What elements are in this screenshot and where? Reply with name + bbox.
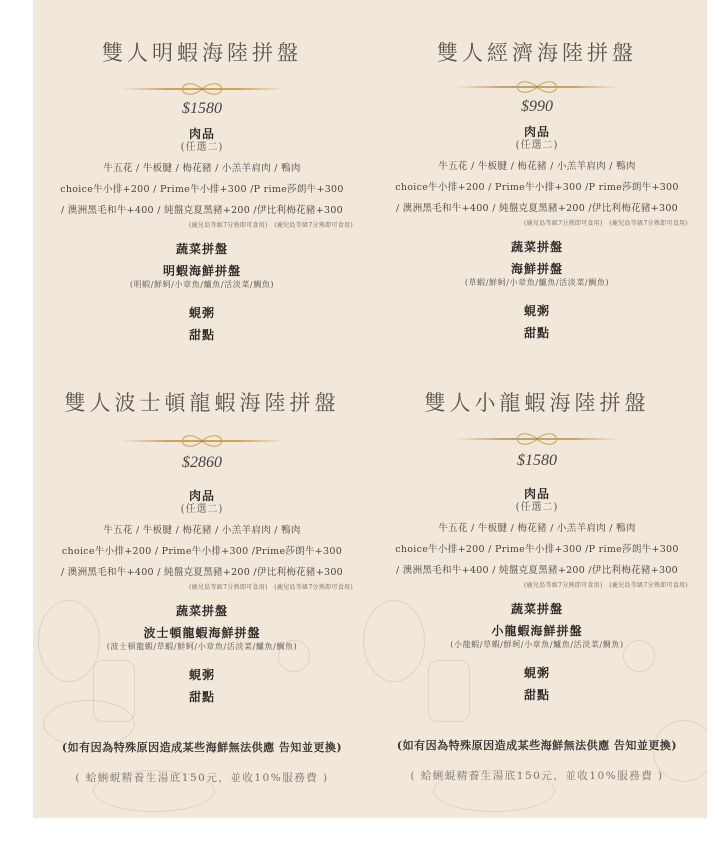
meat-heading: 肉品 [37,488,367,504]
vegetable-platter: 蔬菜拼盤 [37,241,367,257]
dessert-item: 甜點 [37,689,367,705]
footer-right: (如有因為特殊原因造成某些海鮮無法供應 告知並更換) ( 蛤蜊蜆精養生湯底150… [372,738,702,784]
seafood-platter: 明蝦海鮮拼盤 [37,263,367,279]
menu-card-boston-lobster: 雙人波士頓龍蝦海陸拼盤 $2860 肉品 (任選二) 牛五花 / 牛板腱 / 梅… [37,388,367,705]
soup-service-charge-note: ( 蛤蜊蜆精養生湯底150元，並收10%服務費 ) [372,768,702,784]
meat-note: (鹿兒島等級7分熟即可食用) (鹿兒島等級7分熟即可食用) [372,219,702,229]
vegetable-platter: 蔬菜拼盤 [37,603,367,619]
seafood-substitution-notice: (如有因為特殊原因造成某些海鮮無法供應 告知並更換) [37,740,367,756]
soup-service-charge-note: ( 蛤蜊蜆精養生湯底150元，並收10%服務費 ) [37,770,367,786]
meat-options-line: 牛五花 / 牛板腱 / 梅花豬 / 小羔羊肩肉 / 鴨肉 [37,158,367,179]
seafood-platter: 小龍蝦海鮮拼盤 [372,623,702,639]
gold-divider [120,82,285,96]
gold-divider [455,432,620,446]
ornament-icon [178,434,226,448]
meat-subheading: (任選二) [37,142,367,154]
meat-options-line: choice牛小排+200 / Prime牛小排+300 /P rime莎朗牛+… [37,179,367,200]
meat-subheading: (任選二) [37,504,367,516]
dessert-item: 甜點 [372,325,702,341]
meat-options-line: choice牛小排+200 / Prime牛小排+300 /Prime莎朗牛+3… [37,541,367,562]
footer-left: (如有因為特殊原因造成某些海鮮無法供應 告知並更換) ( 蛤蜊蜆精養生湯底150… [37,740,367,786]
meat-note: (鹿兒島等級7分熟即可食用) (鹿兒島等級7分熟即可食用) [37,583,367,593]
seafood-contents: (草蝦/鮮蚵/小章魚/鱸魚/活淡菜/鯛魚) [372,277,702,289]
porridge-item: 蜆粥 [372,665,702,681]
meat-options-line: / 澳洲黑毛和牛+400 / 純盤克夏黑豬+200 /伊比利梅花豬+300 [372,198,702,219]
seafood-substitution-notice: (如有因為特殊原因造成某些海鮮無法供應 告知並更換) [372,738,702,754]
menu-title: 雙人波士頓龍蝦海陸拼盤 [37,388,367,418]
seafood-contents: (波士頓龍蝦/草蝦/鮮蚵/小章魚/活淡菜/鱸魚/鯛魚) [37,641,367,653]
meat-options-line: 牛五花 / 牛板腱 / 梅花豬 / 小羔羊肩肉 / 鴨肉 [372,156,702,177]
meat-options-line: 牛五花 / 牛板腱 / 梅花豬 / 小羔羊肩肉 / 鴨肉 [372,518,702,539]
meat-options-line: choice牛小排+200 / Prime牛小排+300 /P rime莎朗牛+… [372,539,702,560]
seafood-platter: 海鮮拼盤 [372,261,702,277]
porridge-item: 蜆粥 [37,667,367,683]
menu-price: $1580 [37,98,367,120]
meat-note: (鹿兒島等級7分熟即可食用) (鹿兒島等級7分熟即可食用) [37,221,367,231]
menu-card-prawn: 雙人明蝦海陸拼盤 $1580 肉品 (任選二) 牛五花 / 牛板腱 / 梅花豬 … [37,38,367,343]
porridge-item: 蜆粥 [372,303,702,319]
meat-note: (鹿兒島等級7分熟即可食用) (鹿兒島等級7分熟即可食用) [372,581,702,591]
ornament-icon [513,80,561,94]
dessert-item: 甜點 [37,327,367,343]
meat-options-line: / 澳洲黑毛和牛+400 / 純盤克夏黑豬+200 /伊比利梅花豬+300 [372,560,702,581]
seafood-platter: 波士頓龍蝦海鮮拼盤 [37,625,367,641]
vegetable-platter: 蔬菜拼盤 [372,239,702,255]
meat-options-line: / 澳洲黑毛和牛+400 / 純盤克夏黑豬+200 /伊比利梅花豬+300 [37,200,367,221]
dessert-item: 甜點 [372,687,702,703]
vegetable-platter: 蔬菜拼盤 [372,601,702,617]
seafood-contents: (明蝦/鮮蚵/小章魚/鱸魚/活淡菜/鯛魚) [37,279,367,291]
meat-options-line: 牛五花 / 牛板腱 / 梅花豬 / 小羔羊肩肉 / 鴨肉 [37,520,367,541]
meat-heading: 肉品 [37,126,367,142]
meat-heading: 肉品 [372,486,702,502]
menu-price: $1580 [372,450,702,472]
meat-subheading: (任選二) [372,140,702,152]
meat-options-line: / 澳洲黑毛和牛+400 / 純盤克夏黑豬+200 /伊比利梅花豬+300 [37,562,367,583]
menu-price: $2860 [37,452,367,474]
gold-divider [455,80,620,94]
menu-title: 雙人經濟海陸拼盤 [372,38,702,68]
ornament-icon [513,432,561,446]
menu-card-crayfish: 雙人小龍蝦海陸拼盤 $1580 肉品 (任選二) 牛五花 / 牛板腱 / 梅花豬… [372,388,702,703]
menu-title: 雙人明蝦海陸拼盤 [37,38,367,68]
meat-subheading: (任選二) [372,502,702,514]
menu-title: 雙人小龍蝦海陸拼盤 [372,388,702,418]
seafood-contents: (小龍蝦/草蝦/鮮蚵/小章魚/鱸魚/活淡菜/鯛魚) [372,639,702,651]
gold-divider [120,434,285,448]
porridge-item: 蜆粥 [37,305,367,321]
meat-heading: 肉品 [372,124,702,140]
ornament-icon [178,82,226,96]
menu-price: $990 [372,96,702,118]
meat-options-line: choice牛小排+200 / Prime牛小排+300 /P rime莎朗牛+… [372,177,702,198]
menu-card-economy: 雙人經濟海陸拼盤 $990 肉品 (任選二) 牛五花 / 牛板腱 / 梅花豬 /… [372,38,702,341]
